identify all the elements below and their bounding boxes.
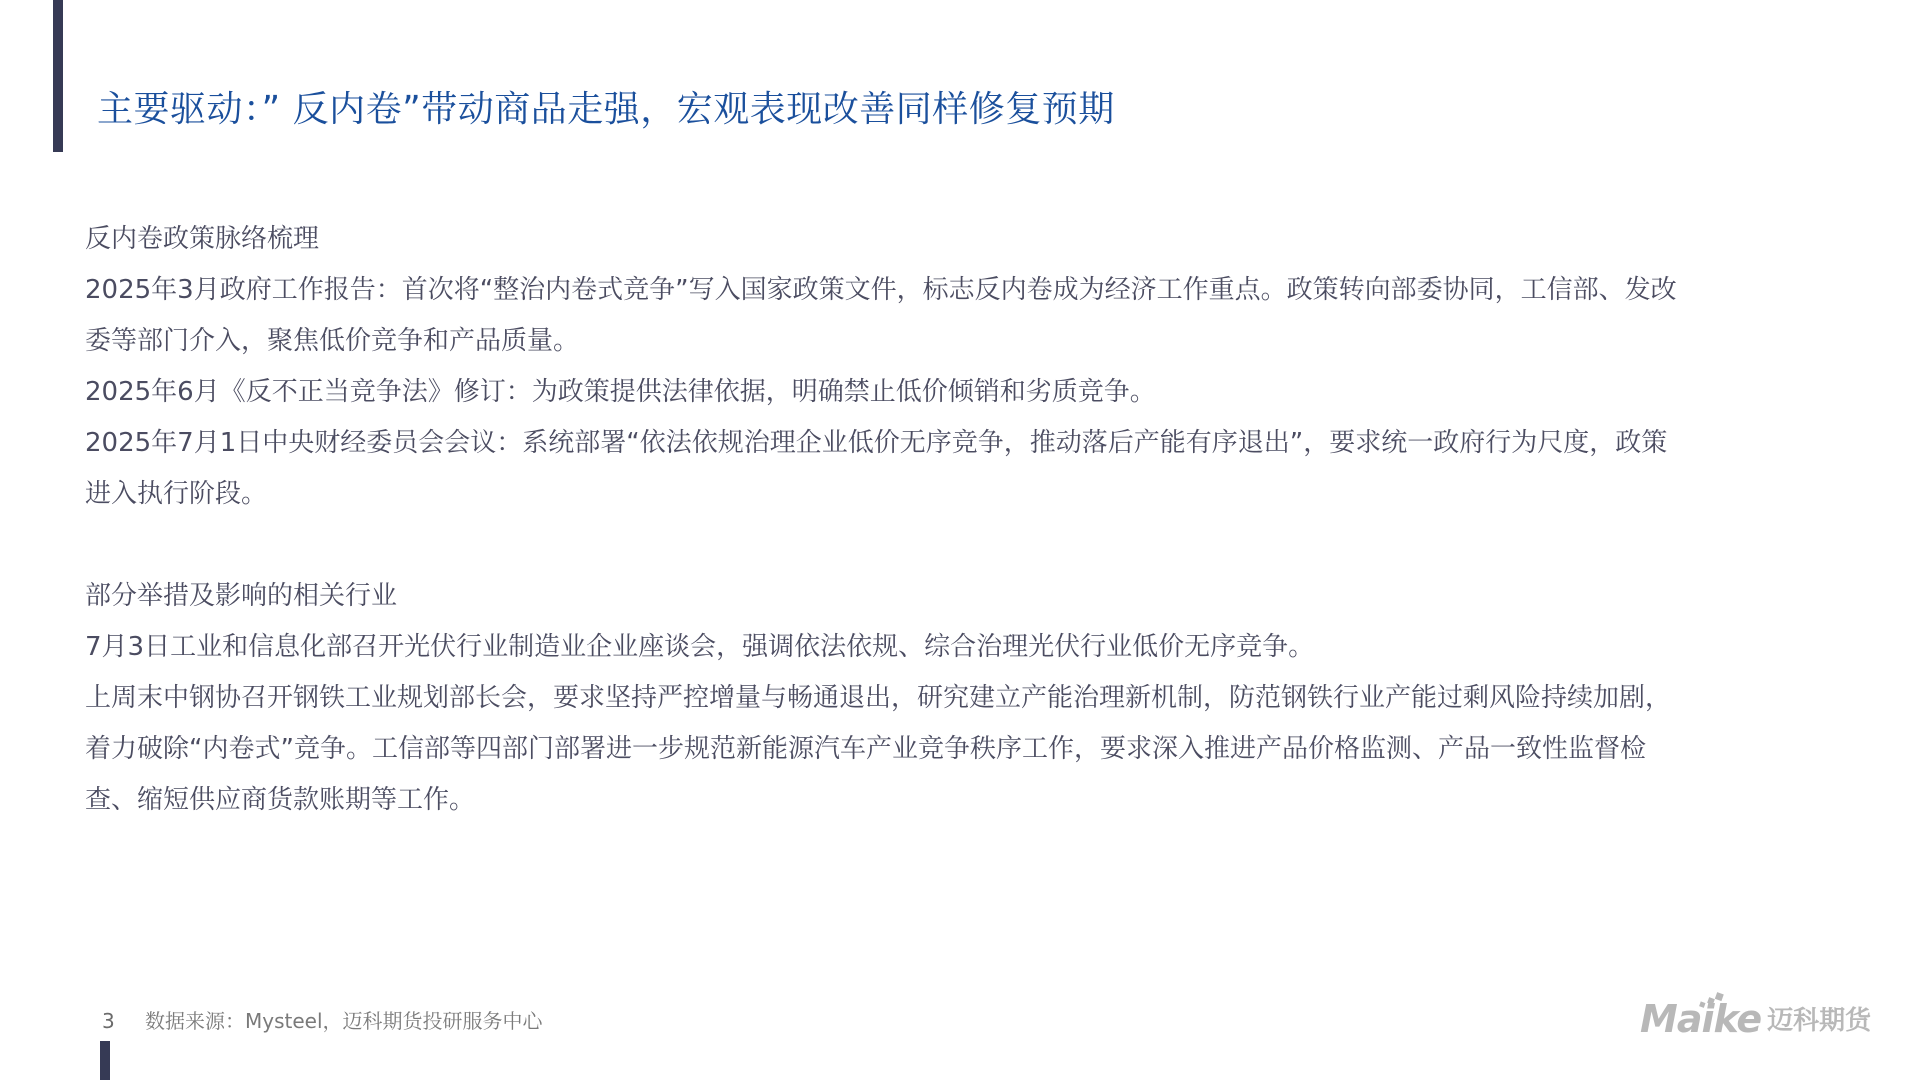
measures-line: 着力破除“内卷式”竞争。工信部等四部门部署进一步规范新能源汽车产业竞争秩序工作，… [85, 724, 1855, 775]
logo-cn-text: 迈科期货 [1767, 1002, 1871, 1040]
measures-line: 上周末中钢协召开钢铁工业规划部长会，要求坚持严控增量与畅通退出，研究建立产能治理… [85, 673, 1855, 724]
section-heading-policy: 反内卷政策脉络梳理 [85, 214, 1855, 265]
logo-wordmark: Maike [1640, 998, 1761, 1040]
measures-line: 7月3日工业和信息化部召开光伏行业制造业企业座谈会，强调依法依规、综合治理光伏行… [85, 622, 1855, 673]
slide-body: 反内卷政策脉络梳理 2025年3月政府工作报告：首次将“整治内卷式竞争”写入国家… [85, 214, 1855, 826]
section-spacer [85, 520, 1855, 571]
top-accent-bar [53, 0, 63, 152]
policy-line: 2025年3月政府工作报告：首次将“整治内卷式竞争”写入国家政策文件，标志反内卷… [85, 265, 1855, 316]
data-source-note: 数据来源：Mysteel，迈科期货投研服务中心 [145, 1006, 543, 1036]
policy-line: 进入执行阶段。 [85, 469, 1855, 520]
section-heading-measures: 部分举措及影响的相关行业 [85, 571, 1855, 622]
measures-line: 查、缩短供应商货款账期等工作。 [85, 775, 1855, 826]
page-number: 3 [102, 1006, 115, 1036]
policy-line: 2025年6月《反不正当竞争法》修订：为政策提供法律依据，明确禁止低价倾销和劣质… [85, 367, 1855, 418]
policy-line: 2025年7月1日中央财经委员会会议：系统部署“依法依规治理企业低价无序竞争，推… [85, 418, 1855, 469]
policy-line: 委等部门介入，聚焦低价竞争和产品质量。 [85, 316, 1855, 367]
bottom-accent-bar [100, 1041, 110, 1080]
slide-title: 主要驱动：” 反内卷”带动商品走强，宏观表现改善同样修复预期 [97, 84, 1115, 136]
logo-dots-icon [1698, 992, 1728, 1010]
company-logo: Maike 迈科期货 [1640, 990, 1871, 1040]
